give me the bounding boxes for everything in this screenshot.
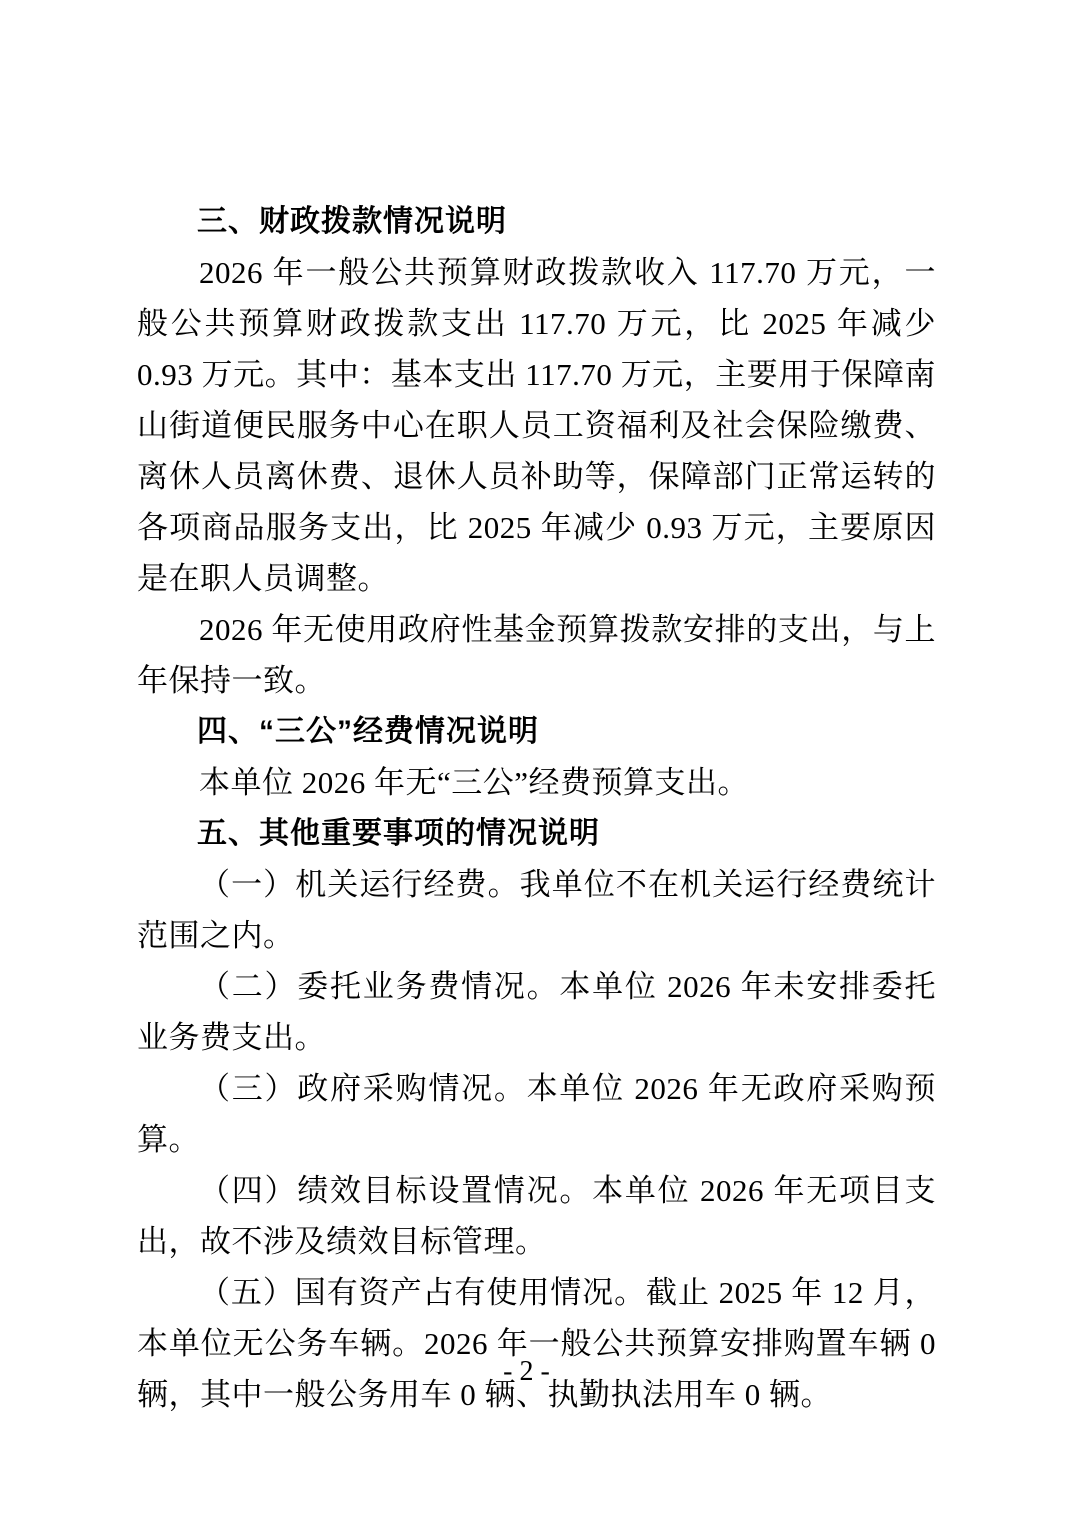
paragraph-government-procurement: （三）政府采购情况。本单位 2026 年无政府采购预算。 — [137, 1063, 936, 1165]
paragraph-performance-targets: （四）绩效目标设置情况。本单位 2026 年无项目支出，故不涉及绩效目标管理。 — [137, 1165, 936, 1267]
document-page: 三、财政拨款情况说明 2026 年一般公共预算财政拨款收入 117.70 万元，… — [0, 0, 1074, 1520]
paragraph-government-fund-budget: 2026 年无使用政府性基金预算拨款安排的支出，与上年保持一致。 — [137, 604, 936, 706]
paragraph-fiscal-appropriation-detail: 2026 年一般公共预算财政拨款收入 117.70 万元，一般公共预算财政拨款支… — [137, 247, 936, 604]
paragraph-state-owned-assets: （五）国有资产占有使用情况。截止 2025 年 12 月，本单位无公务车辆。20… — [137, 1267, 936, 1420]
page-number: - 2 - — [0, 1352, 1053, 1392]
document-body: 三、财政拨款情况说明 2026 年一般公共预算财政拨款收入 117.70 万元，… — [137, 196, 936, 1420]
paragraph-entrusted-business-fees: （二）委托业务费情况。本单位 2026 年未安排委托业务费支出。 — [137, 961, 936, 1063]
paragraph-three-public-expenses: 本单位 2026 年无“三公”经费预算支出。 — [137, 757, 936, 808]
section-heading-other-important-matters: 五、其他重要事项的情况说明 — [137, 808, 936, 859]
section-heading-fiscal-appropriation: 三、财政拨款情况说明 — [137, 196, 936, 247]
paragraph-agency-operating-funds: （一）机关运行经费。我单位不在机关运行经费统计范围之内。 — [137, 859, 936, 961]
section-heading-three-public-expenses: 四、“三公”经费情况说明 — [137, 706, 936, 757]
